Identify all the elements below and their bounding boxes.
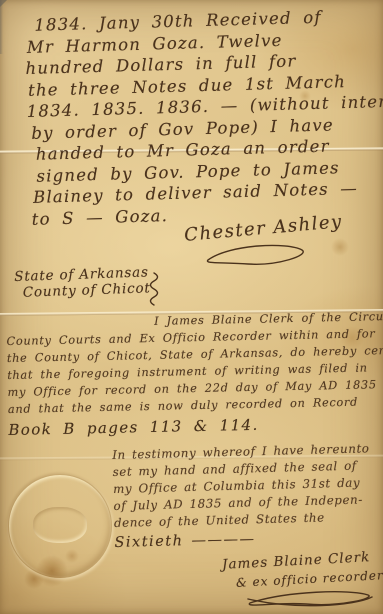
receipt-section: 1834. Jany 30th Received of Mr Harmon Go… [24, 5, 378, 230]
signature-flourish-icon [200, 240, 312, 274]
embossed-seal-center [33, 507, 87, 543]
closing-flourish-icon [246, 587, 374, 614]
jurat-brace-icon [148, 272, 160, 310]
embossed-seal [8, 474, 112, 578]
document-page: 1834. Jany 30th Received of Mr Harmon Go… [0, 0, 383, 614]
scan-edge-left [0, 0, 3, 54]
certification-section: I James Blaine Clerk of the Circuit Coun… [6, 308, 383, 442]
jurat-county-line: County of Chicot [23, 280, 151, 300]
testimony-section: In testimony whereof I have hereunto set… [112, 440, 383, 554]
jurat-section: State of Arkansas County of Chicot [14, 264, 151, 301]
